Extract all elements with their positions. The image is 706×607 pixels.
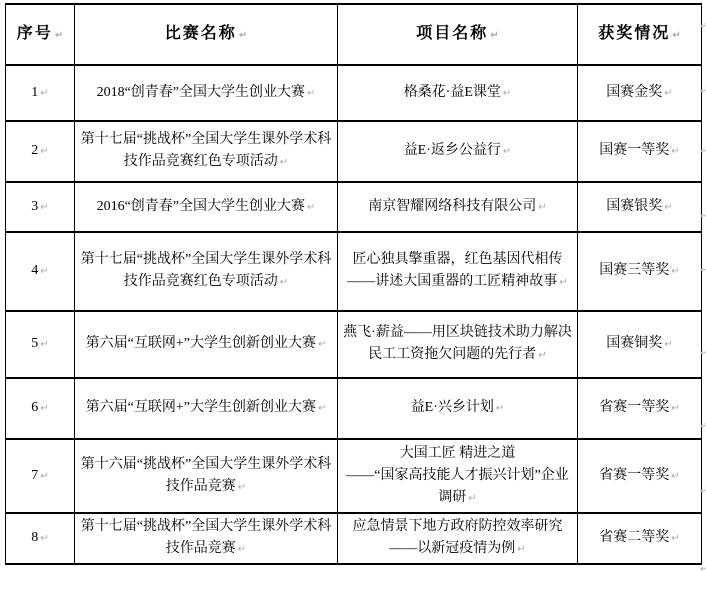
competition-cell: 第十七届“挑战杯”全国大学生课外学术科技作品竞赛↵ bbox=[75, 513, 338, 564]
table-row: 1↵ 2018“创青春”全国大学生创业大赛↵ 格桑花·益E课堂↵ 国赛金奖↵ bbox=[6, 65, 702, 121]
table-header-row: 序号↵ 比赛名称↵ 项目名称↵ 获奖情况↵ bbox=[6, 4, 702, 65]
competition-name: 第六届“互联网+”大学生创新创业大赛 bbox=[86, 400, 316, 415]
table-row: 8↵ 第十七届“挑战杯”全国大学生课外学术科技作品竞赛↵ 应急情景下地方政府防控… bbox=[6, 513, 702, 564]
table-row: 7↵ 第十六届“挑战杯”全国大学生课外学术科技作品竞赛↵ 大国工匠 精进之道 —… bbox=[6, 439, 702, 513]
row-end-mark-icon: ↵ bbox=[700, 86, 706, 97]
serial-number: 2 bbox=[31, 143, 38, 158]
award-level: 省赛一等奖 bbox=[599, 400, 669, 415]
paragraph-mark-icon: ↵ bbox=[239, 30, 247, 41]
serial-number: 3 bbox=[31, 199, 38, 214]
competition-cell: 第六届“互联网+”大学生创新创业大赛↵ bbox=[75, 311, 338, 378]
project-cell: 匠心独具擎重器，红色基因代相传——讲述大国重器的工匠精神故事↵ bbox=[338, 232, 578, 311]
table-row: 6↵ 第六届“互联网+”大学生创新创业大赛↵ 益E·兴乡计划↵ 省赛一等奖↵ bbox=[6, 378, 702, 439]
paragraph-mark-icon: ↵ bbox=[307, 202, 315, 213]
competition-name: 2016“创青春”全国大学生创业大赛 bbox=[97, 199, 305, 214]
header-serial-label: 序号 bbox=[17, 25, 53, 42]
award-cell: 省赛一等奖↵ bbox=[578, 378, 702, 439]
serial-cell: 2↵ bbox=[6, 121, 75, 182]
project-cell: 益E·返乡公益行↵ bbox=[338, 121, 578, 182]
award-level: 国赛银奖 bbox=[606, 199, 662, 214]
serial-cell: 3↵ bbox=[6, 182, 75, 232]
project-name: 益E·返乡公益行 bbox=[404, 143, 501, 158]
row-end-mark-icon: ↵ bbox=[700, 486, 706, 497]
paragraph-mark-icon: ↵ bbox=[503, 88, 511, 99]
award-level: 国赛铜奖 bbox=[606, 336, 662, 351]
competition-name: 第十七届“挑战杯”全国大学生课外学术科技作品竞赛 bbox=[81, 519, 331, 556]
paragraph-mark-icon: ↵ bbox=[318, 339, 326, 350]
paragraph-mark-icon: ↵ bbox=[671, 146, 679, 157]
paragraph-mark-icon: ↵ bbox=[280, 157, 288, 168]
competition-cell: 第十七届“挑战杯”全国大学生课外学术科技作品竞赛红色专项活动↵ bbox=[75, 232, 338, 311]
table-row: 4↵ 第十七届“挑战杯”全国大学生课外学术科技作品竞赛红色专项活动↵ 匠心独具擎… bbox=[6, 232, 702, 311]
award-level: 省赛二等奖 bbox=[599, 530, 669, 545]
project-cell: 南京智耀网络科技有限公司↵ bbox=[338, 182, 578, 232]
paragraph-mark-icon: ↵ bbox=[307, 88, 315, 99]
competition-name: 第十六届“挑战杯”全国大学生课外学术科技作品竞赛 bbox=[81, 457, 331, 494]
document-page: 序号↵ 比赛名称↵ 项目名称↵ 获奖情况↵ 1↵ 2018“创青春”全国大学生创… bbox=[0, 0, 706, 607]
serial-cell: 6↵ bbox=[6, 378, 75, 439]
project-name: 格桑花·益E课堂 bbox=[404, 85, 501, 100]
competition-name: 第十七届“挑战杯”全国大学生课外学术科技作品竞赛红色专项活动 bbox=[81, 252, 331, 289]
serial-number: 4 bbox=[31, 263, 38, 278]
award-cell: 国赛银奖↵ bbox=[578, 182, 702, 232]
paragraph-mark-icon: ↵ bbox=[40, 533, 48, 544]
competition-name: 第十七届“挑战杯”全国大学生课外学术科技作品竞赛红色专项活动 bbox=[81, 132, 331, 169]
awards-table: 序号↵ 比赛名称↵ 项目名称↵ 获奖情况↵ 1↵ 2018“创青春”全国大学生创… bbox=[5, 3, 702, 565]
row-end-mark-icon: ↵ bbox=[700, 211, 706, 222]
header-project-label: 项目名称 bbox=[416, 25, 488, 42]
paragraph-mark-icon: ↵ bbox=[496, 403, 504, 414]
serial-number: 5 bbox=[31, 336, 38, 351]
award-cell: 国赛铜奖↵ bbox=[578, 311, 702, 378]
project-name: 南京智耀网络科技有限公司 bbox=[368, 199, 536, 214]
serial-cell: 1↵ bbox=[6, 65, 75, 121]
serial-cell: 8↵ bbox=[6, 513, 75, 564]
competition-name: 2018“创青春”全国大学生创业大赛 bbox=[97, 85, 305, 100]
paragraph-mark-icon: ↵ bbox=[40, 88, 48, 99]
table-row: 2↵ 第十七届“挑战杯”全国大学生课外学术科技作品竞赛红色专项活动↵ 益E·返乡… bbox=[6, 121, 702, 182]
paragraph-mark-icon: ↵ bbox=[664, 202, 672, 213]
project-cell: 燕飞·薪益——用区块链技术助力解决民工工资拖欠问题的先行者↵ bbox=[338, 311, 578, 378]
paragraph-mark-icon: ↵ bbox=[318, 403, 326, 414]
paragraph-mark-icon: ↵ bbox=[40, 339, 48, 350]
project-name: 益E·兴乡计划 bbox=[411, 400, 494, 415]
header-competition: 比赛名称↵ bbox=[75, 4, 338, 65]
project-cell: 格桑花·益E课堂↵ bbox=[338, 65, 578, 121]
header-award-label: 获奖情况 bbox=[598, 25, 670, 42]
paragraph-mark-icon: ↵ bbox=[40, 146, 48, 157]
paragraph-mark-icon: ↵ bbox=[671, 533, 679, 544]
row-end-mark-icon: ↵ bbox=[700, 348, 706, 359]
award-cell: 国赛金奖↵ bbox=[578, 65, 702, 121]
project-name: 应急情景下地方政府防控效率研究——以新冠疫情为例 bbox=[353, 519, 563, 556]
paragraph-mark-icon: ↵ bbox=[280, 277, 288, 288]
competition-cell: 第六届“互联网+”大学生创新创业大赛↵ bbox=[75, 378, 338, 439]
paragraph-mark-icon: ↵ bbox=[672, 30, 680, 41]
competition-cell: 第十七届“挑战杯”全国大学生课外学术科技作品竞赛红色专项活动↵ bbox=[75, 121, 338, 182]
project-name: 大国工匠 精进之道 ——“国家高技能人才振兴计划”企业调研 bbox=[346, 446, 568, 505]
row-end-mark-icon: ↵ bbox=[700, 564, 706, 575]
paragraph-mark-icon: ↵ bbox=[559, 277, 567, 288]
paragraph-mark-icon: ↵ bbox=[664, 339, 672, 350]
row-end-mark-icon: ↵ bbox=[700, 21, 706, 32]
paragraph-mark-icon: ↵ bbox=[671, 471, 679, 482]
competition-cell: 第十六届“挑战杯”全国大学生课外学术科技作品竞赛↵ bbox=[75, 439, 338, 513]
paragraph-mark-icon: ↵ bbox=[40, 202, 48, 213]
project-cell: 应急情景下地方政府防控效率研究——以新冠疫情为例↵ bbox=[338, 513, 578, 564]
row-end-mark-icon: ↵ bbox=[700, 146, 706, 157]
serial-cell: 5↵ bbox=[6, 311, 75, 378]
paragraph-mark-icon: ↵ bbox=[40, 266, 48, 277]
paragraph-mark-icon: ↵ bbox=[468, 493, 476, 504]
serial-number: 8 bbox=[31, 530, 38, 545]
competition-cell: 2018“创青春”全国大学生创业大赛↵ bbox=[75, 65, 338, 121]
paragraph-mark-icon: ↵ bbox=[671, 266, 679, 277]
project-name: 匠心独具擎重器，红色基因代相传——讲述大国重器的工匠精神故事 bbox=[347, 252, 562, 289]
award-cell: 省赛一等奖↵ bbox=[578, 439, 702, 513]
serial-number: 7 bbox=[31, 468, 38, 483]
paragraph-mark-icon: ↵ bbox=[538, 202, 546, 213]
paragraph-mark-icon: ↵ bbox=[238, 544, 246, 555]
serial-cell: 7↵ bbox=[6, 439, 75, 513]
award-cell: 国赛三等奖↵ bbox=[578, 232, 702, 311]
row-end-mark-icon: ↵ bbox=[700, 265, 706, 276]
paragraph-mark-icon: ↵ bbox=[40, 471, 48, 482]
paragraph-mark-icon: ↵ bbox=[671, 403, 679, 414]
award-level: 省赛一等奖 bbox=[599, 468, 669, 483]
row-end-mark-icon: ↵ bbox=[700, 421, 706, 432]
award-cell: 省赛二等奖↵ bbox=[578, 513, 702, 564]
serial-cell: 4↵ bbox=[6, 232, 75, 311]
paragraph-mark-icon: ↵ bbox=[238, 482, 246, 493]
paragraph-mark-icon: ↵ bbox=[503, 146, 511, 157]
project-cell: 大国工匠 精进之道 ——“国家高技能人才振兴计划”企业调研↵ bbox=[338, 439, 578, 513]
paragraph-mark-icon: ↵ bbox=[55, 30, 63, 41]
paragraph-mark-icon: ↵ bbox=[40, 403, 48, 414]
paragraph-mark-icon: ↵ bbox=[538, 350, 546, 361]
header-award: 获奖情况↵ bbox=[578, 4, 702, 65]
competition-name: 第六届“互联网+”大学生创新创业大赛 bbox=[86, 336, 316, 351]
header-project: 项目名称↵ bbox=[338, 4, 578, 65]
paragraph-mark-icon: ↵ bbox=[490, 30, 498, 41]
award-level: 国赛金奖 bbox=[606, 85, 662, 100]
award-level: 国赛一等奖 bbox=[599, 143, 669, 158]
paragraph-mark-icon: ↵ bbox=[517, 544, 525, 555]
award-cell: 国赛一等奖↵ bbox=[578, 121, 702, 182]
table-row: 3↵ 2016“创青春”全国大学生创业大赛↵ 南京智耀网络科技有限公司↵ 国赛银… bbox=[6, 182, 702, 232]
table-row: 5↵ 第六届“互联网+”大学生创新创业大赛↵ 燕飞·薪益——用区块链技术助力解决… bbox=[6, 311, 702, 378]
award-level: 国赛三等奖 bbox=[599, 263, 669, 278]
header-serial: 序号↵ bbox=[6, 4, 75, 65]
competition-cell: 2016“创青春”全国大学生创业大赛↵ bbox=[75, 182, 338, 232]
serial-number: 6 bbox=[31, 400, 38, 415]
header-competition-label: 比赛名称 bbox=[165, 25, 237, 42]
serial-number: 1 bbox=[31, 85, 38, 100]
paragraph-mark-icon: ↵ bbox=[664, 88, 672, 99]
project-cell: 益E·兴乡计划↵ bbox=[338, 378, 578, 439]
